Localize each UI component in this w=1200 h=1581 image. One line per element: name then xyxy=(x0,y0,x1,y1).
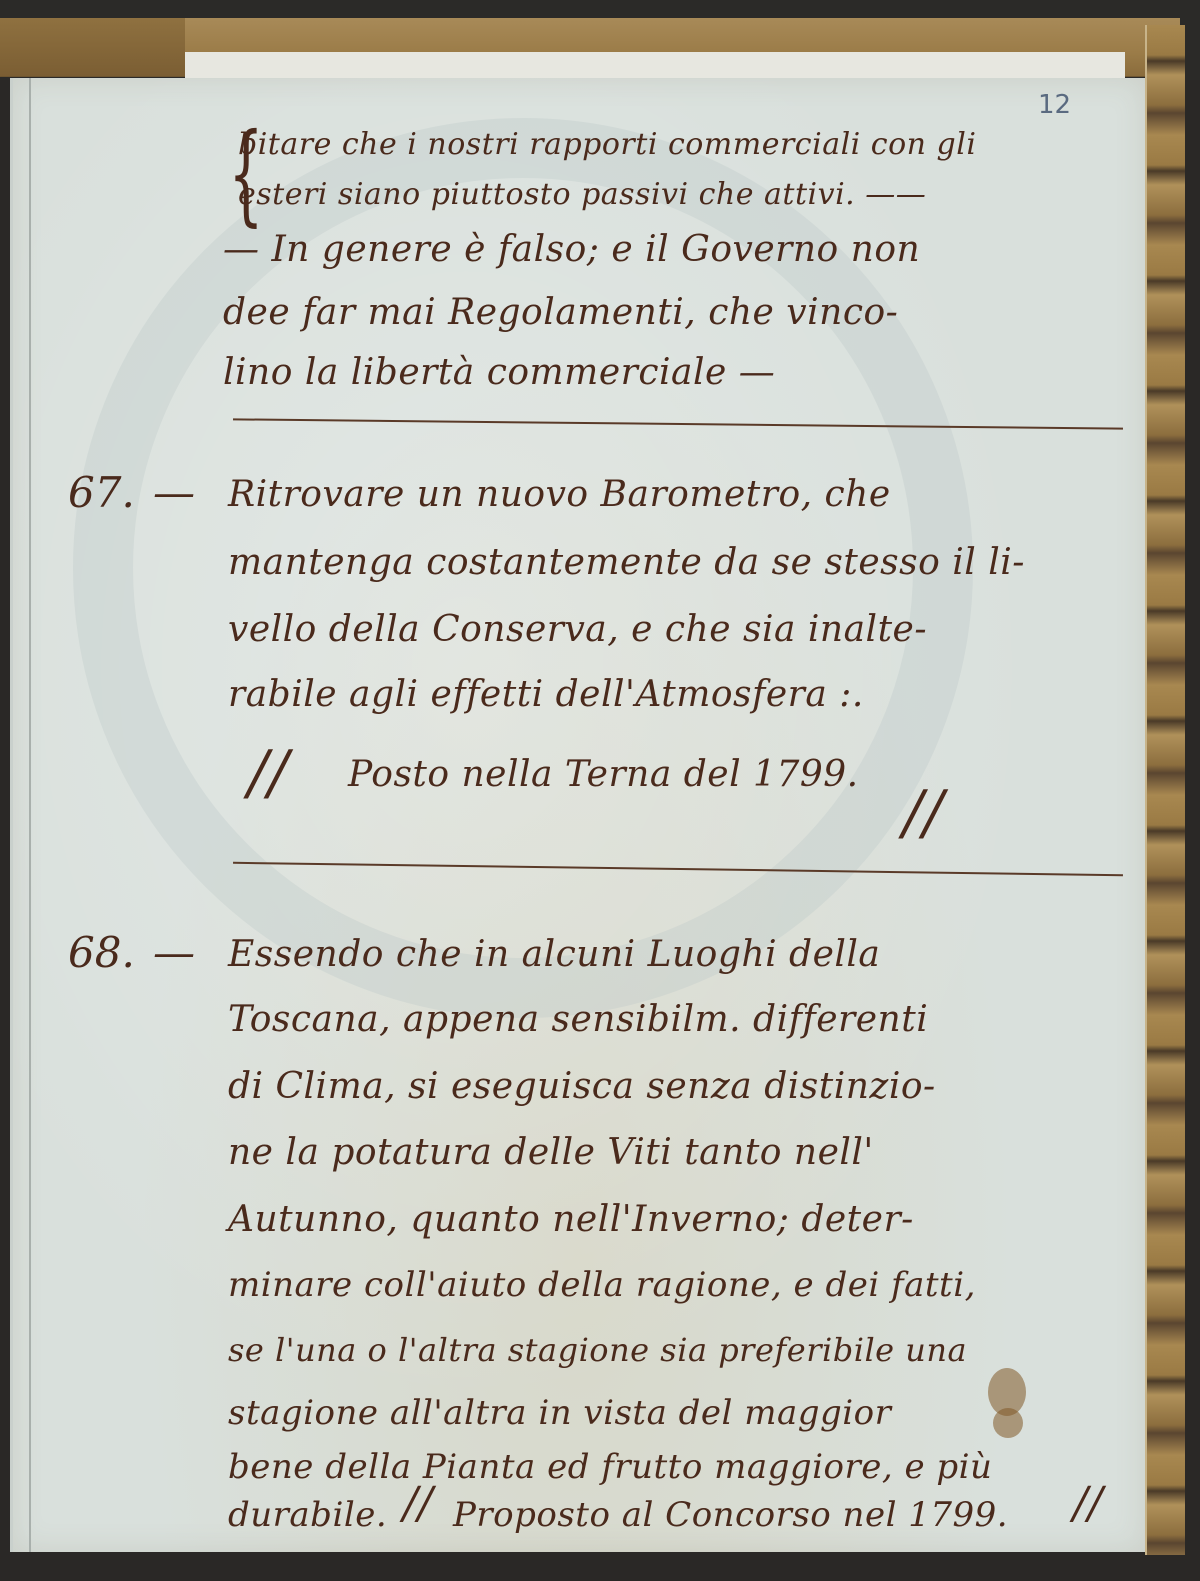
entry-number: 68. xyxy=(68,928,135,977)
entry-line: bene della Pianta ed frutto maggiore, e … xyxy=(228,1450,992,1484)
slash-mark: // xyxy=(903,778,943,848)
entry-line: rabile agli effetti dell'Atmosfera :. xyxy=(228,678,864,712)
entry-dash: — xyxy=(153,928,195,977)
slash-mark: // xyxy=(248,738,288,808)
entry-note: Proposto al Concorso nel 1799. xyxy=(453,1498,1008,1532)
slash-mark: // xyxy=(403,1478,433,1529)
entry-note: Posto nella Terna del 1799. xyxy=(348,758,859,792)
entry-line: vello della Conserva, e che sia inalte- xyxy=(228,613,927,647)
entry-line: se l'una o l'altra stagione sia preferib… xyxy=(228,1333,967,1367)
continuation-line: esteri siano piuttosto passivi che attiv… xyxy=(238,178,926,212)
entry-line: stagione all'altra in vista del maggior xyxy=(228,1396,891,1430)
entry-line: minare coll'aiuto della ragione, e dei f… xyxy=(228,1268,976,1302)
entry-line: Ritrovare un nuovo Barometro, che xyxy=(228,478,891,512)
gutter-line xyxy=(29,78,31,1552)
entry-line: durabile. xyxy=(228,1498,387,1532)
entry-line: mantenga costantemente da se stesso il l… xyxy=(228,546,1025,580)
entry-line: di Clima, si eseguisca senza distinzio- xyxy=(228,1070,936,1104)
entry-dash: — xyxy=(153,468,195,517)
manuscript-page: 12 { bitare che i nostri rapporti commer… xyxy=(10,78,1145,1552)
entry-number: 67. xyxy=(68,468,135,517)
cover-right-edge xyxy=(1145,25,1185,1555)
continuation-line: lino la libertà commerciale — xyxy=(223,356,775,390)
page-number: 12 xyxy=(1038,90,1071,120)
continuation-line: — In genere è falso; e il Governo non xyxy=(223,233,920,267)
ink-stain xyxy=(993,1408,1023,1438)
entry-line: Essendo che in alcuni Luoghi della xyxy=(228,938,880,972)
entry-line: ne la potatura delle Viti tanto nell' xyxy=(228,1136,874,1170)
cover-patch xyxy=(0,18,185,76)
entry-line: Autunno, quanto nell'Inverno; deter- xyxy=(228,1203,914,1237)
entry-line: Toscana, appena sensibilm. differenti xyxy=(228,1003,928,1037)
continuation-line: bitare che i nostri rapporti commerciali… xyxy=(238,128,976,162)
continuation-line: dee far mai Regolamenti, che vinco- xyxy=(223,296,898,330)
slash-mark: // xyxy=(1073,1478,1103,1529)
